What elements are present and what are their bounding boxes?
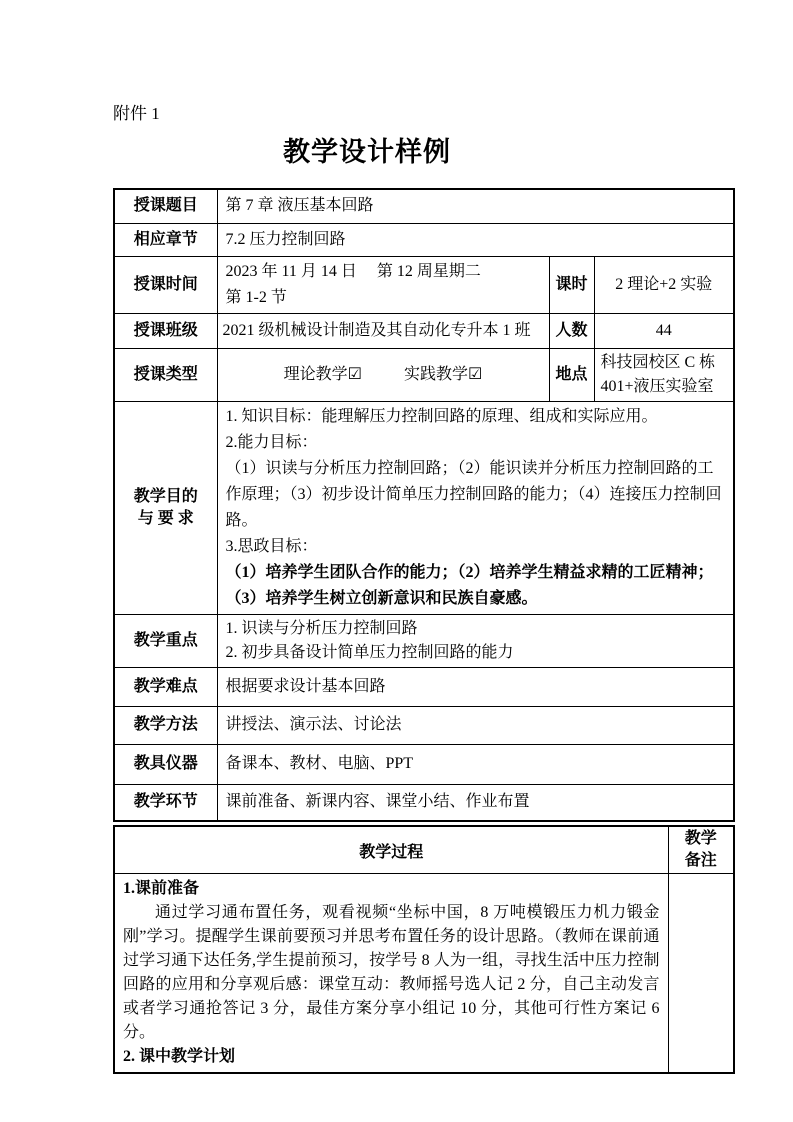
hours-label: 课时 bbox=[549, 256, 594, 313]
method-label: 教学方法 bbox=[114, 706, 217, 744]
objective-item: （1）培养学生团队合作的能力；（2）培养学生精益求精的工匠精神；（3）培养学生树… bbox=[226, 560, 726, 612]
method-value: 讲授法、演示法、讨论法 bbox=[217, 706, 734, 744]
table-row: 教学目的 与 要 求 1. 知识目标：能理解压力控制回路的原理、组成和实际应用。… bbox=[114, 401, 734, 614]
count-label: 人数 bbox=[549, 313, 594, 348]
note-header: 教学 备注 bbox=[668, 826, 734, 874]
table-row: 教学方法 讲授法、演示法、讨论法 bbox=[114, 706, 734, 744]
topic-value: 第 7 章 液压基本回路 bbox=[217, 189, 734, 223]
note-empty-cell bbox=[668, 874, 734, 1074]
difficulty-value: 根据要求设计基本回路 bbox=[217, 667, 734, 706]
table-row: 授课班级 2021 级机械设计制造及其自动化专升本 1 班 人数 44 bbox=[114, 313, 734, 348]
table-row: 教学过程 教学 备注 bbox=[114, 826, 734, 874]
teaching-design-table: 授课题目 第 7 章 液压基本回路 相应章节 7.2 压力控制回路 授课时间 2… bbox=[113, 188, 733, 1074]
theory-label: 理论教学 bbox=[284, 366, 348, 383]
section1-title: 1.课前准备 bbox=[123, 877, 660, 901]
checkbox-checked-icon: ☑ bbox=[348, 366, 362, 383]
keypoints-value: 1. 识读与分析压力控制回路 2. 初步具备设计简单压力控制回路的能力 bbox=[217, 614, 734, 667]
checkbox-checked-icon: ☑ bbox=[468, 366, 482, 383]
chapter-label: 相应章节 bbox=[114, 223, 217, 256]
keypoints-label: 教学重点 bbox=[114, 614, 217, 667]
objective-item: （1）识读与分析压力控制回路；（2）能识读并分析压力控制回路的工作原理；（3）初… bbox=[226, 456, 726, 534]
table-row: 1.课前准备 通过学习通布置任务，观看视频“坐标中国，8 万吨模锻压力机力锻金刚… bbox=[114, 874, 734, 1074]
process-table: 教学过程 教学 备注 1.课前准备 通过学习通布置任务，观看视频“坐标中国，8 … bbox=[113, 825, 735, 1074]
table-row: 教具仪器 备课本、教材、电脑、PPT bbox=[114, 744, 734, 784]
time-value: 2023 年 11 月 14 日 第 12 周星期二 第 1-2 节 bbox=[217, 256, 549, 313]
chapter-value: 7.2 压力控制回路 bbox=[217, 223, 734, 256]
section1-body: 通过学习通布置任务，观看视频“坐标中国，8 万吨模锻压力机力锻金刚”学习。提醒学… bbox=[123, 901, 660, 1045]
table-row: 授课时间 2023 年 11 月 14 日 第 12 周星期二 第 1-2 节 … bbox=[114, 256, 734, 313]
type-value: 理论教学☑实践教学☑ bbox=[217, 348, 549, 401]
difficulty-label: 教学难点 bbox=[114, 667, 217, 706]
process-content: 1.课前准备 通过学习通布置任务，观看视频“坐标中国，8 万吨模锻压力机力锻金刚… bbox=[114, 874, 668, 1074]
time-label: 授课时间 bbox=[114, 256, 217, 313]
table-row: 授课题目 第 7 章 液压基本回路 bbox=[114, 189, 734, 223]
table-row: 教学重点 1. 识读与分析压力控制回路 2. 初步具备设计简单压力控制回路的能力 bbox=[114, 614, 734, 667]
stages-label: 教学环节 bbox=[114, 784, 217, 821]
practice-option: 实践教学☑ bbox=[404, 362, 482, 388]
attachment-label: 附件 1 bbox=[113, 99, 160, 124]
tools-label: 教具仪器 bbox=[114, 744, 217, 784]
table-row: 教学难点 根据要求设计基本回路 bbox=[114, 667, 734, 706]
tools-value: 备课本、教材、电脑、PPT bbox=[217, 744, 734, 784]
place-value: 科技园校区 C 栋 401+液压实验室 bbox=[594, 348, 734, 401]
objectives-value: 1. 知识目标：能理解压力控制回路的原理、组成和实际应用。 2.能力目标： （1… bbox=[217, 401, 734, 614]
objective-item: 2.能力目标： bbox=[226, 430, 726, 456]
topic-label: 授课题目 bbox=[114, 189, 217, 223]
theory-option: 理论教学☑ bbox=[284, 362, 362, 388]
table-row: 相应章节 7.2 压力控制回路 bbox=[114, 223, 734, 256]
class-label: 授课班级 bbox=[114, 313, 217, 348]
objectives-label: 教学目的 与 要 求 bbox=[114, 401, 217, 614]
page-title: 教学设计样例 bbox=[57, 130, 677, 169]
table-row: 授课类型 理论教学☑实践教学☑ 地点 科技园校区 C 栋 401+液压实验室 bbox=[114, 348, 734, 401]
info-table: 授课题目 第 7 章 液压基本回路 相应章节 7.2 压力控制回路 授课时间 2… bbox=[113, 188, 735, 822]
class-value: 2021 级机械设计制造及其自动化专升本 1 班 bbox=[217, 313, 549, 348]
table-row: 教学环节 课前准备、新课内容、课堂小结、作业布置 bbox=[114, 784, 734, 821]
process-header: 教学过程 bbox=[114, 826, 668, 874]
place-label: 地点 bbox=[549, 348, 594, 401]
objective-item: 1. 知识目标：能理解压力控制回路的原理、组成和实际应用。 bbox=[226, 404, 726, 430]
hours-value: 2 理论+2 实验 bbox=[594, 256, 734, 313]
objective-item: 3.思政目标： bbox=[226, 534, 726, 560]
stages-value: 课前准备、新课内容、课堂小结、作业布置 bbox=[217, 784, 734, 821]
practice-label: 实践教学 bbox=[404, 366, 468, 383]
section2-title: 2. 课中教学计划 bbox=[123, 1045, 660, 1069]
type-label: 授课类型 bbox=[114, 348, 217, 401]
count-value: 44 bbox=[594, 313, 734, 348]
